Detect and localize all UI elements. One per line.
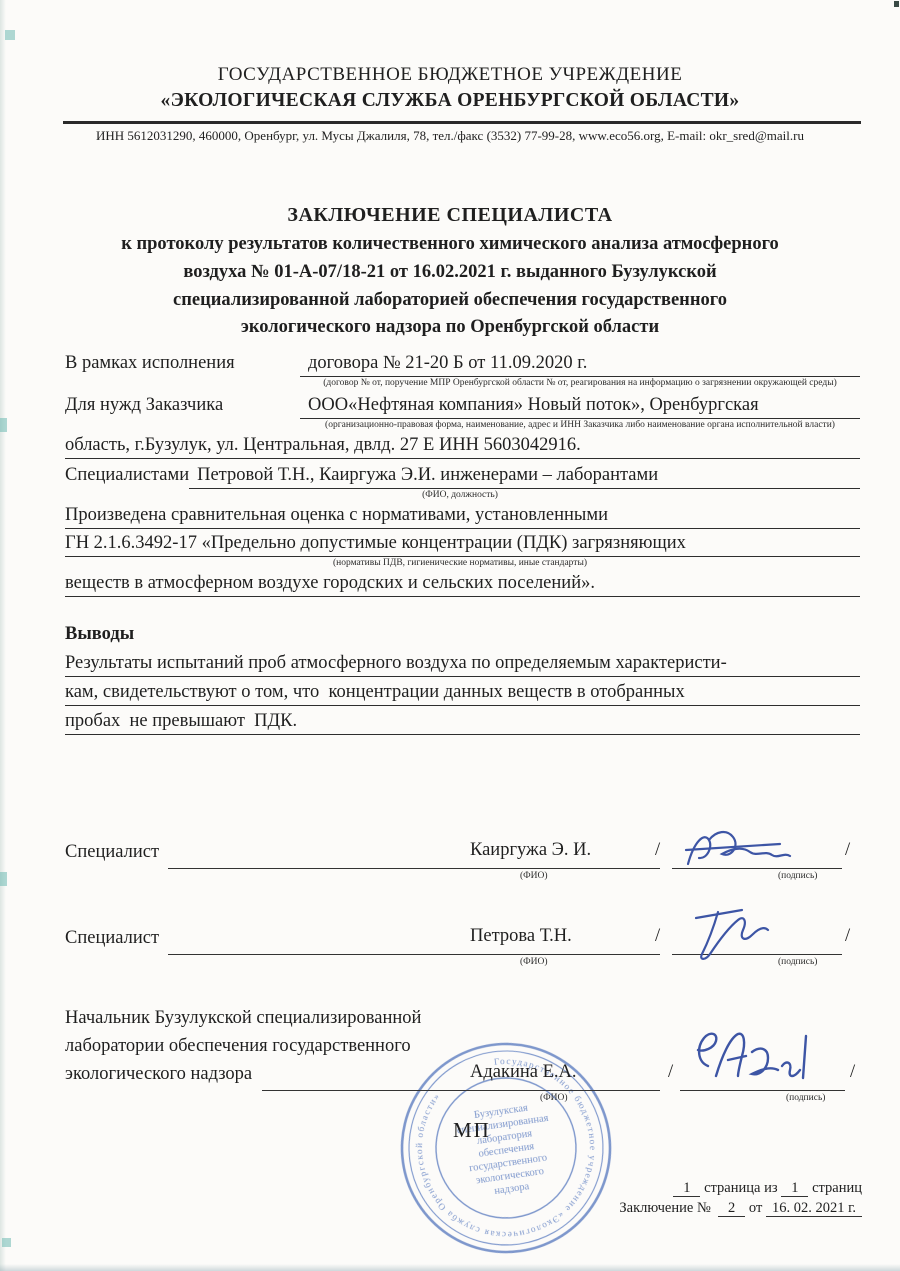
footer-page-count: 1 страница из 1 страниц [673, 1180, 862, 1197]
slash: / [655, 926, 660, 947]
form-caption: (ФИО, должность) [110, 490, 810, 500]
signature-caption: (подпись) [778, 871, 817, 881]
signature-fill-line [168, 926, 660, 955]
signature-row-specialist-1: Специалист Каиргужа Э. И. (ФИО) / / (под… [0, 840, 900, 904]
slash: / [655, 840, 660, 861]
official-round-stamp: Государственное бюджетное учреждение «Эк… [382, 1024, 630, 1271]
page-word1: страница из [704, 1180, 777, 1196]
signature-adakina [690, 1026, 820, 1098]
scan-artifact [5, 30, 15, 40]
letterhead-divider [63, 121, 861, 124]
signatory-name: Петрова Т.Н. [470, 926, 572, 947]
signatory-role: Специалист [65, 842, 159, 863]
form-label: Специалистами [65, 462, 189, 489]
document-subtitle-line4: экологического надзора по Оренбургской о… [0, 317, 900, 338]
fio-caption: (ФИО) [520, 957, 548, 967]
form-row-contract: В рамках исполнения договора № 21-20 Б о… [65, 350, 860, 377]
conclusions-line: пробах не превышают ПДК. [65, 708, 860, 735]
signature-row-head: экологического надзора Адакина Е.А. (ФИО… [0, 1062, 900, 1126]
document-title: ЗАКЛЮЧЕНИЕ СПЕЦИАЛИСТА [0, 204, 900, 227]
scan-artifact [0, 418, 7, 432]
form-caption: (организационно-правовая форма, наименов… [300, 420, 860, 430]
form-row-customer: Для нужд Заказчика ООО«Нефтяная компания… [65, 392, 860, 419]
doc-number: 2 [718, 1200, 745, 1217]
signatory-name: Адакина Е.А. [470, 1062, 577, 1083]
head-role-line1: Начальник Бузулукской специализированной [65, 1008, 421, 1029]
signature-fill-line [262, 1062, 660, 1091]
signatory-role: Специалист [65, 928, 159, 949]
signature-row-specialist-2: Специалист Петрова Т.Н. (ФИО) / / (подпи… [0, 926, 900, 990]
slash: / [845, 840, 850, 861]
form-label: В рамках исполнения [65, 350, 300, 377]
doc-date: 16. 02. 2021 г. [766, 1200, 862, 1217]
conclusions-line: Результаты испытаний проб атмосферного в… [65, 650, 860, 677]
document-subtitle-line3: специализированной лабораторией обеспече… [0, 290, 900, 311]
form-label: Для нужд Заказчика [65, 392, 300, 419]
slash: / [668, 1062, 673, 1083]
org-name-line1: ГОСУДАРСТВЕННОЕ БЮДЖЕТНОЕ УЧРЕЖДЕНИЕ [0, 64, 900, 86]
conclusions-heading: Выводы [65, 624, 134, 645]
form-row-specialists: Специалистами Петровой Т.Н., Каиргужа Э.… [65, 462, 860, 489]
conclusions-line: кам, свидетельствуют о том, что концентр… [65, 679, 860, 706]
signature-kairguzha [682, 826, 812, 876]
page-word2: страниц [812, 1180, 862, 1196]
slash: / [845, 926, 850, 947]
head-role-line3: экологического надзора [65, 1064, 252, 1085]
form-caption: (нормативы ПДВ, гигиенические нормативы,… [160, 558, 760, 568]
form-value-underlined: Петровой Т.Н., Каиргужа Э.И. инженерами … [189, 462, 860, 489]
slash: / [850, 1062, 855, 1083]
form-value-underlined: Произведена сравнительная оценка с норма… [65, 502, 860, 529]
page-current: 1 [673, 1180, 700, 1197]
form-value-underlined: ГН 2.1.6.3492-17 «Предельно допустимые к… [65, 530, 860, 557]
signature-caption: (подпись) [778, 957, 817, 967]
form-value-underlined: ООО«Нефтяная компания» Новый поток», Оре… [300, 392, 860, 419]
form-value-underlined: договора № 21-20 Б от 11.09.2020 г. [300, 350, 860, 377]
signature-caption: (подпись) [786, 1093, 825, 1103]
fio-caption: (ФИО) [520, 871, 548, 881]
scan-artifact [894, 1, 899, 7]
page-total: 1 [781, 1180, 808, 1197]
doc-ot: от [749, 1200, 762, 1216]
mp-seal-placeholder: МП [453, 1118, 491, 1143]
document-page: ГОСУДАРСТВЕННОЕ БЮДЖЕТНОЕ УЧРЕЖДЕНИЕ «ЭК… [0, 0, 900, 1271]
org-name-line2: «ЭКОЛОГИЧЕСКАЯ СЛУЖБА ОРЕНБУРГСКОЙ ОБЛАС… [0, 90, 900, 112]
document-subtitle-line2: воздуха № 01-А-07/18-21 от 16.02.2021 г.… [0, 262, 900, 283]
doc-label: Заключение № [619, 1200, 710, 1216]
footer-doc-number: Заключение № 2 от 16. 02. 2021 г. [619, 1200, 862, 1217]
form-value-underlined: веществ в атмосферном воздухе городских … [65, 570, 860, 597]
form-value-underlined: область, г.Бузулук, ул. Центральная, двл… [65, 432, 860, 459]
stamp-center-line: надзора [494, 1181, 531, 1197]
org-contacts: ИНН 5612031290, 460000, Оренбург, ул. Му… [0, 128, 900, 144]
fio-caption: (ФИО) [540, 1093, 568, 1103]
head-role-line2: лаборатории обеспечения государственного [65, 1036, 411, 1057]
form-caption: (договор № от, поручение МПР Оренбургско… [300, 378, 860, 388]
scan-artifact [2, 1238, 11, 1247]
document-subtitle-line1: к протоколу результатов количественного … [0, 234, 900, 255]
signatory-name: Каиргужа Э. И. [470, 840, 591, 861]
